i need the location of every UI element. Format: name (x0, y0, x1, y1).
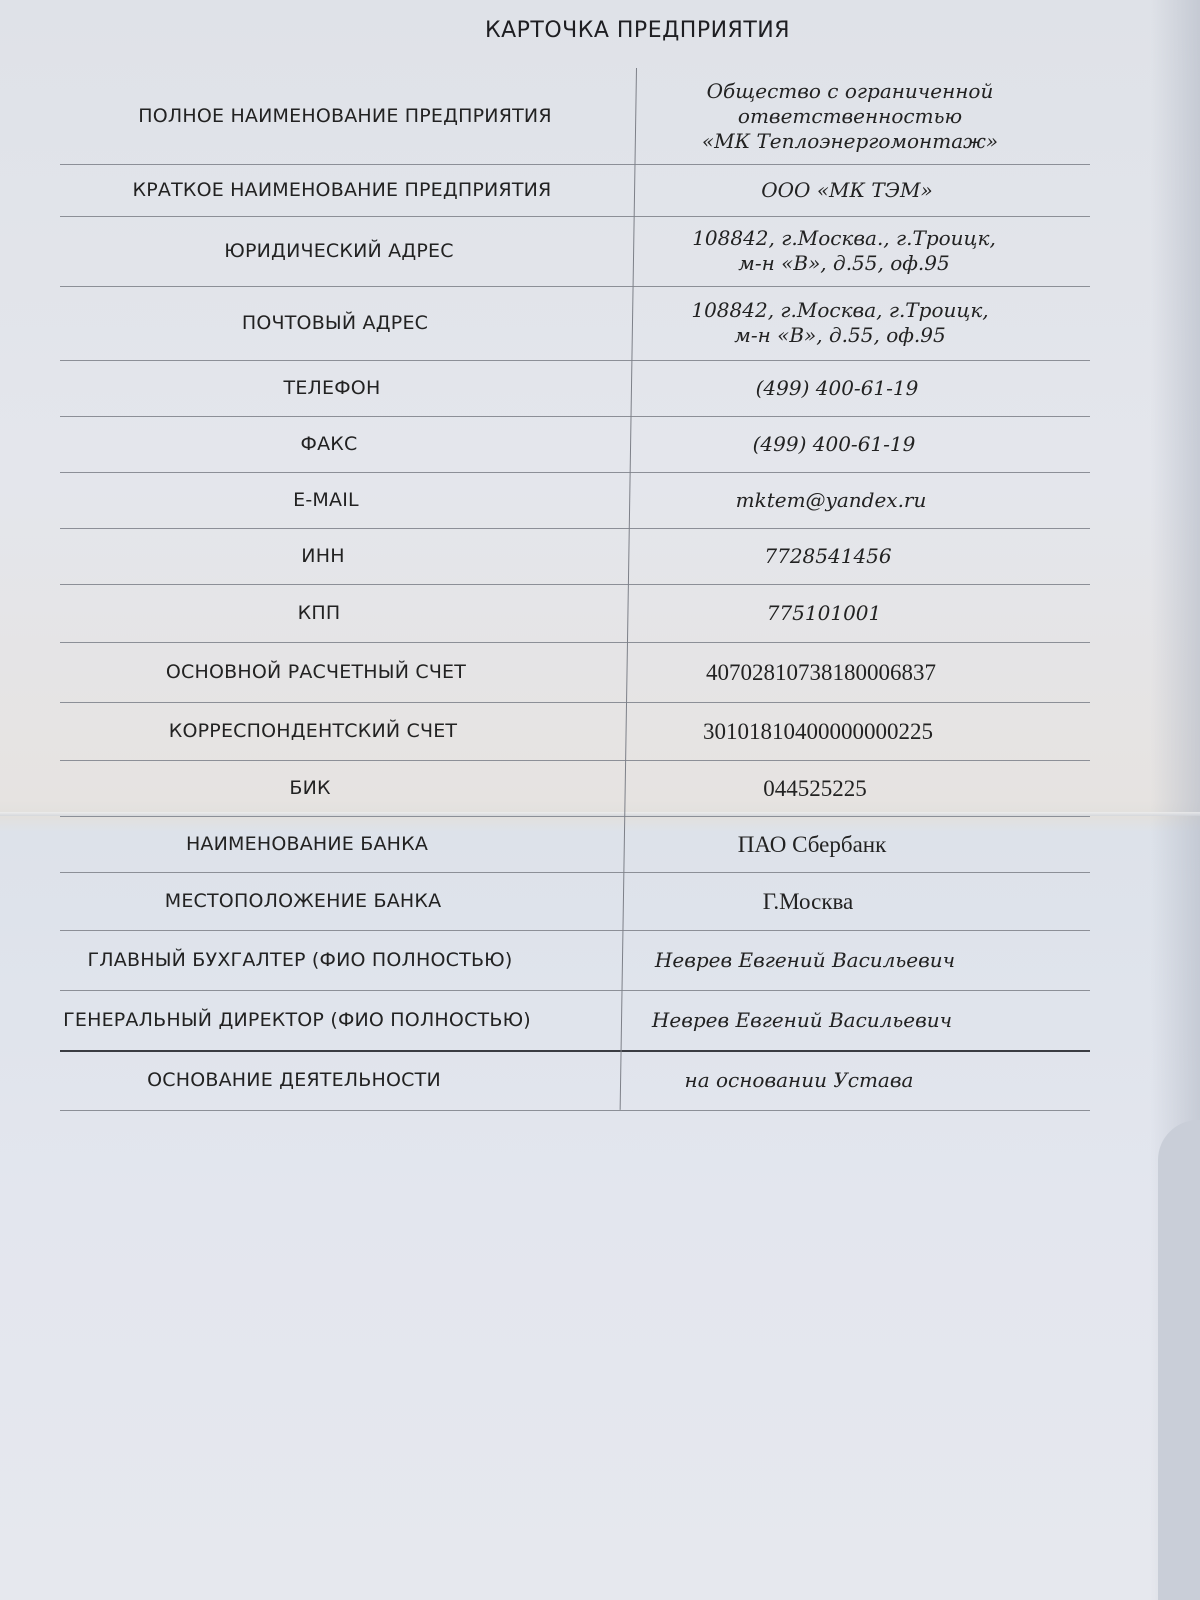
field-label: ГЕНЕРАЛЬНЫЙ ДИРЕКТОР (ФИО ПОЛНОСТЬЮ) (12, 990, 582, 1050)
table-row: ИНН7728541456 (60, 528, 1090, 585)
table-row: ОСНОВАНИЕ ДЕЯТЕЛЬНОСТИна основании Устав… (60, 1050, 1090, 1111)
field-value: Общество с ограниченной ответственностью… (630, 68, 1070, 164)
field-label: КПП (34, 584, 604, 642)
field-label: КРАТКОЕ НАИМЕНОВАНИЕ ПРЕДПРИЯТИЯ (57, 164, 627, 216)
table-row: КРАТКОЕ НАИМЕНОВАНИЕ ПРЕДПРИЯТИЯООО «МК … (60, 164, 1090, 217)
field-value: mktem@yandex.ru (611, 472, 1051, 528)
table-row: ТЕЛЕФОН(499) 400-61-19 (60, 360, 1090, 417)
table-row: ГЕНЕРАЛЬНЫЙ ДИРЕКТОР (ФИО ПОЛНОСТЬЮ)Невр… (60, 990, 1090, 1052)
table-row: ГЛАВНЫЙ БУХГАЛТЕР (ФИО ПОЛНОСТЬЮ)Неврев … (60, 930, 1090, 991)
field-value: Неврев Евгений Васильевич (582, 990, 1022, 1050)
field-value: 40702810738180006837 (601, 642, 1041, 702)
field-value: 7728541456 (608, 528, 1048, 584)
field-label: НАИМЕНОВАНИЕ БАНКА (22, 816, 592, 872)
background-object (1158, 1120, 1200, 1600)
field-label: ТЕЛЕФОН (47, 360, 617, 416)
field-value: ПАО Сбербанк (592, 816, 1032, 872)
table-row: ЮРИДИЧЕСКИЙ АДРЕС108842, г.Москва., г.Тр… (60, 216, 1090, 287)
field-value: 108842, г.Москва, г.Троицк, м-н «В», д.5… (620, 286, 1060, 360)
field-value: 044525225 (595, 760, 1035, 816)
document-title: КАРТОЧКА ПРЕДПРИЯТИЯ (0, 18, 1200, 43)
table-row: КОРРЕСПОНДЕНТСКИЙ СЧЕТ301018104000000002… (60, 702, 1090, 761)
field-label: ПОЛНОЕ НАИМЕНОВАНИЕ ПРЕДПРИЯТИЯ (60, 68, 630, 164)
table-row: ФАКС(499) 400-61-19 (60, 416, 1090, 473)
field-label: КОРРЕСПОНДЕНТСКИЙ СЧЕТ (28, 702, 598, 760)
table-row: МЕСТОПОЛОЖЕНИЕ БАНКАГ.Москва (60, 872, 1090, 931)
field-value: 775101001 (604, 584, 1044, 642)
table-row: КПП775101001 (60, 584, 1090, 643)
table-row: БИК044525225 (60, 760, 1090, 817)
field-value: Г.Москва (588, 872, 1028, 930)
field-value: на основании Устава (579, 1050, 1019, 1110)
table-row: ПОЧТОВЫЙ АДРЕС108842, г.Москва, г.Троицк… (60, 286, 1090, 361)
table-row: ОСНОВНОЙ РАСЧЕТНЫЙ СЧЕТ40702810738180006… (60, 642, 1090, 703)
field-label: ОСНОВНОЙ РАСЧЕТНЫЙ СЧЕТ (31, 642, 601, 702)
field-label: ФАКС (44, 416, 614, 472)
field-value: (499) 400-61-19 (617, 360, 1057, 416)
field-label: E-MAIL (41, 472, 611, 528)
field-value: Неврев Евгений Васильевич (585, 930, 1025, 990)
field-label: МЕСТОПОЛОЖЕНИЕ БАНКА (18, 872, 588, 930)
field-label: ОСНОВАНИЕ ДЕЯТЕЛЬНОСТИ (9, 1050, 579, 1110)
field-label: БИК (25, 760, 595, 816)
field-label: ПОЧТОВЫЙ АДРЕС (50, 286, 620, 360)
field-label: ИНН (38, 528, 608, 584)
table-row: ПОЛНОЕ НАИМЕНОВАНИЕ ПРЕДПРИЯТИЯОбщество … (60, 68, 1090, 165)
field-value: (499) 400-61-19 (614, 416, 1054, 472)
field-value: ООО «МК ТЭМ» (627, 164, 1067, 216)
table-row: E-MAILmktem@yandex.ru (60, 472, 1090, 529)
field-label: ГЛАВНЫЙ БУХГАЛТЕР (ФИО ПОЛНОСТЬЮ) (15, 930, 585, 990)
table-row: НАИМЕНОВАНИЕ БАНКАПАО Сбербанк (60, 816, 1090, 873)
field-value: 30101810400000000225 (598, 702, 1038, 760)
field-label: ЮРИДИЧЕСКИЙ АДРЕС (54, 216, 624, 286)
field-value: 108842, г.Москва., г.Троицк, м-н «В», д.… (624, 216, 1064, 286)
